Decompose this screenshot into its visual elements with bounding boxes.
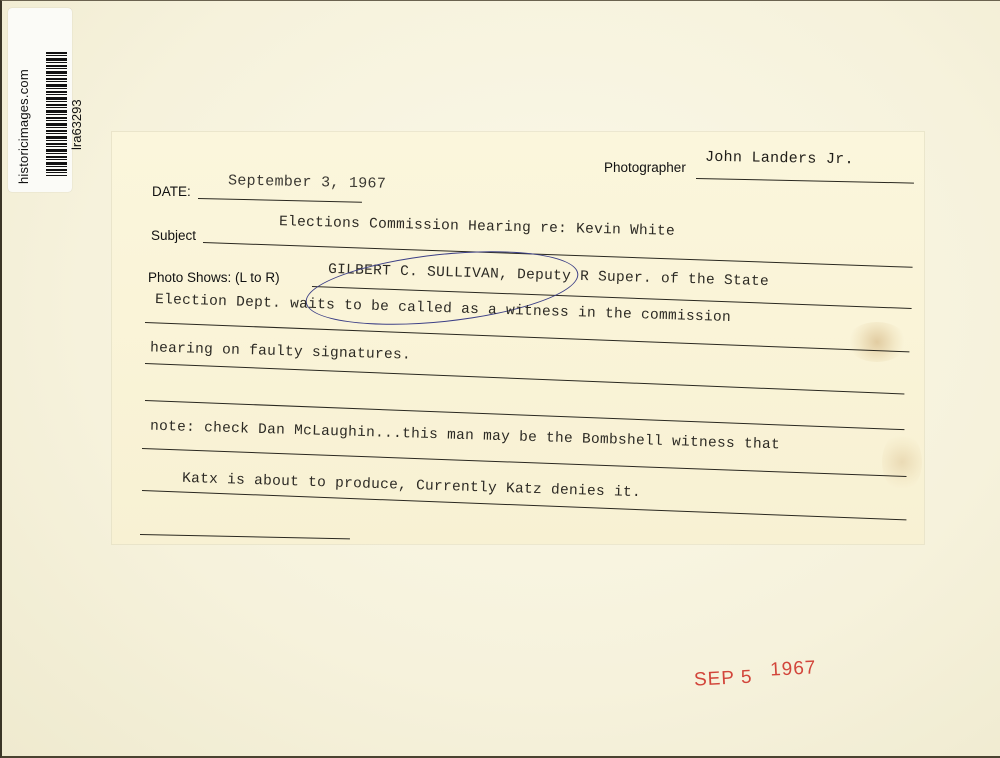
subject-label: Subject	[151, 228, 196, 243]
barcode-item-id: lra63293	[69, 99, 84, 150]
barcode-label: historicimages.com lra63293	[8, 8, 72, 192]
photographer-label: Photographer	[604, 160, 686, 175]
barcode-icon	[46, 52, 67, 176]
date-label: DATE:	[152, 184, 191, 199]
photographer-value: John Landers Jr.	[705, 149, 854, 169]
stamp-month-day: SEP 5	[694, 667, 754, 691]
stamp-year: 1967	[770, 657, 817, 680]
date-value: September 3, 1967	[228, 172, 386, 192]
stain	[882, 432, 922, 492]
photo-shows-label: Photo Shows: (L to R)	[148, 270, 280, 285]
barcode-site-text: historicimages.com	[16, 69, 31, 184]
stain	[847, 322, 907, 362]
